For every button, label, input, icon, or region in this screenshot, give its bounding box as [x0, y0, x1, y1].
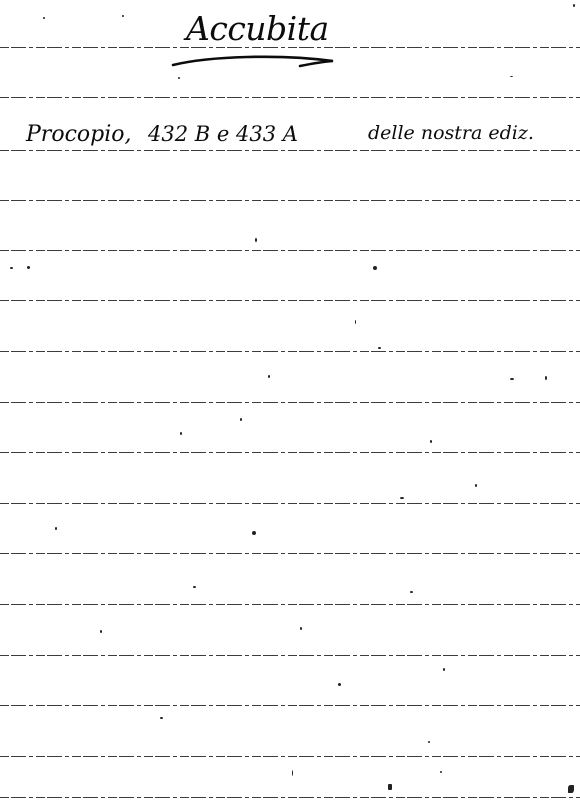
scan-speck: [43, 17, 45, 19]
scan-speck: [27, 266, 30, 269]
entry-note: delle nostra ediz.: [368, 124, 534, 143]
scan-speck: [443, 668, 445, 671]
scan-speck: [355, 320, 356, 324]
scan-speck: [400, 497, 404, 499]
ruled-line: [0, 250, 580, 251]
entry-reference: 432 B e 433 A: [148, 124, 298, 145]
scan-speck: [440, 771, 442, 773]
scan-speck: [338, 683, 341, 686]
scan-speck: [568, 785, 574, 793]
scan-speck: [373, 266, 377, 270]
scan-speck: [428, 741, 430, 743]
scan-speck: [292, 770, 293, 776]
scan-speck: [55, 527, 57, 530]
scan-speck: [430, 440, 432, 443]
ruled-line: [0, 553, 580, 554]
scan-speck: [573, 4, 575, 7]
ruled-line: [0, 97, 580, 98]
scan-speck: [180, 432, 182, 435]
ruled-line: [0, 452, 580, 453]
scan-speck: [388, 784, 392, 790]
scan-speck: [300, 627, 302, 630]
scan-speck: [10, 267, 13, 269]
scan-speck: [252, 531, 256, 535]
scan-speck: [510, 378, 514, 380]
heading-underline-swash: [170, 52, 338, 68]
ruled-line: [0, 200, 580, 201]
ruled-line: [0, 402, 580, 403]
scan-speck: [268, 375, 270, 378]
scan-speck: [545, 376, 547, 380]
scan-speck: [122, 15, 124, 17]
index-card: Accubita Procopio, 432 B e 433 A delle n…: [0, 0, 580, 800]
scan-speck: [378, 347, 381, 349]
ruled-line: [0, 351, 580, 352]
scan-speck: [410, 591, 413, 593]
scan-speck: [160, 717, 163, 719]
ruled-line: [0, 705, 580, 706]
ruled-line: [0, 655, 580, 656]
ruled-line: [0, 503, 580, 504]
entry-author: Procopio,: [26, 124, 132, 146]
ruled-line: [0, 150, 580, 151]
scan-speck: [255, 238, 257, 242]
scan-speck: [100, 630, 102, 633]
ruled-line: [0, 604, 580, 605]
scan-speck: [178, 77, 180, 79]
ruled-line: [0, 797, 580, 798]
ruled-line: [0, 756, 580, 757]
scan-speck: [510, 76, 513, 77]
scan-speck: [193, 586, 196, 588]
scan-speck: [475, 484, 477, 487]
scan-speck: [240, 418, 242, 421]
ruled-line: [0, 300, 580, 301]
card-heading: Accubita: [186, 12, 329, 45]
